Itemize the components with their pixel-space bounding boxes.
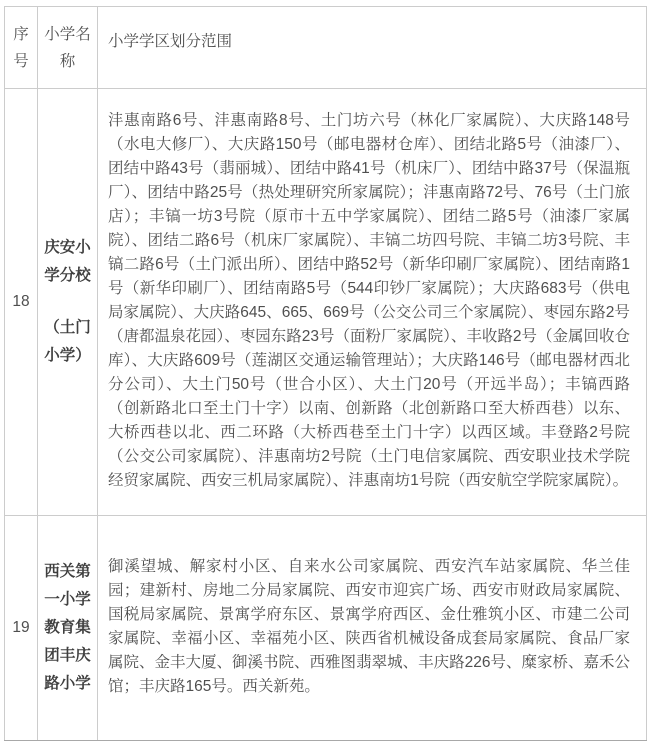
- row-18-school-name: 庆安小学分校 （土门小学）: [38, 89, 98, 516]
- row-19-serial-number: 19: [5, 516, 38, 741]
- row-19-school-name: 西关第一小学教育集团丰庆路小学: [38, 516, 98, 741]
- row-18-serial-number: 18: [5, 89, 38, 516]
- school-district-table: 序号 小学名称 小学学区划分范围 18 庆安小学分校 （土门小学） 沣惠南路6号…: [4, 6, 647, 741]
- row-18-district-range: 沣惠南路6号、沣惠南路8号、土门坊六号（林化厂家属院）、大庆路148号（水电大修…: [98, 89, 647, 516]
- row-19-district-range: 御溪望城、解家村小区、自来水公司家属院、西安汽车站家属院、华兰佳园；建新村、房地…: [98, 516, 647, 741]
- header-serial-number: 序号: [5, 7, 38, 89]
- table-row: 19 西关第一小学教育集团丰庆路小学 御溪望城、解家村小区、自来水公司家属院、西…: [5, 516, 647, 741]
- header-school-name: 小学名称: [38, 7, 98, 89]
- header-district-range: 小学学区划分范围: [98, 7, 647, 89]
- table-row: 18 庆安小学分校 （土门小学） 沣惠南路6号、沣惠南路8号、土门坊六号（林化厂…: [5, 89, 647, 516]
- school-name-main: 庆安小学分校: [44, 234, 91, 290]
- school-name-alias: （土门小学）: [44, 314, 91, 370]
- school-name-main: 西关第一小学教育集团丰庆路小学: [44, 558, 91, 698]
- document-page: 序号 小学名称 小学学区划分范围 18 庆安小学分校 （土门小学） 沣惠南路6号…: [0, 0, 651, 748]
- table-header-row: 序号 小学名称 小学学区划分范围: [5, 7, 647, 89]
